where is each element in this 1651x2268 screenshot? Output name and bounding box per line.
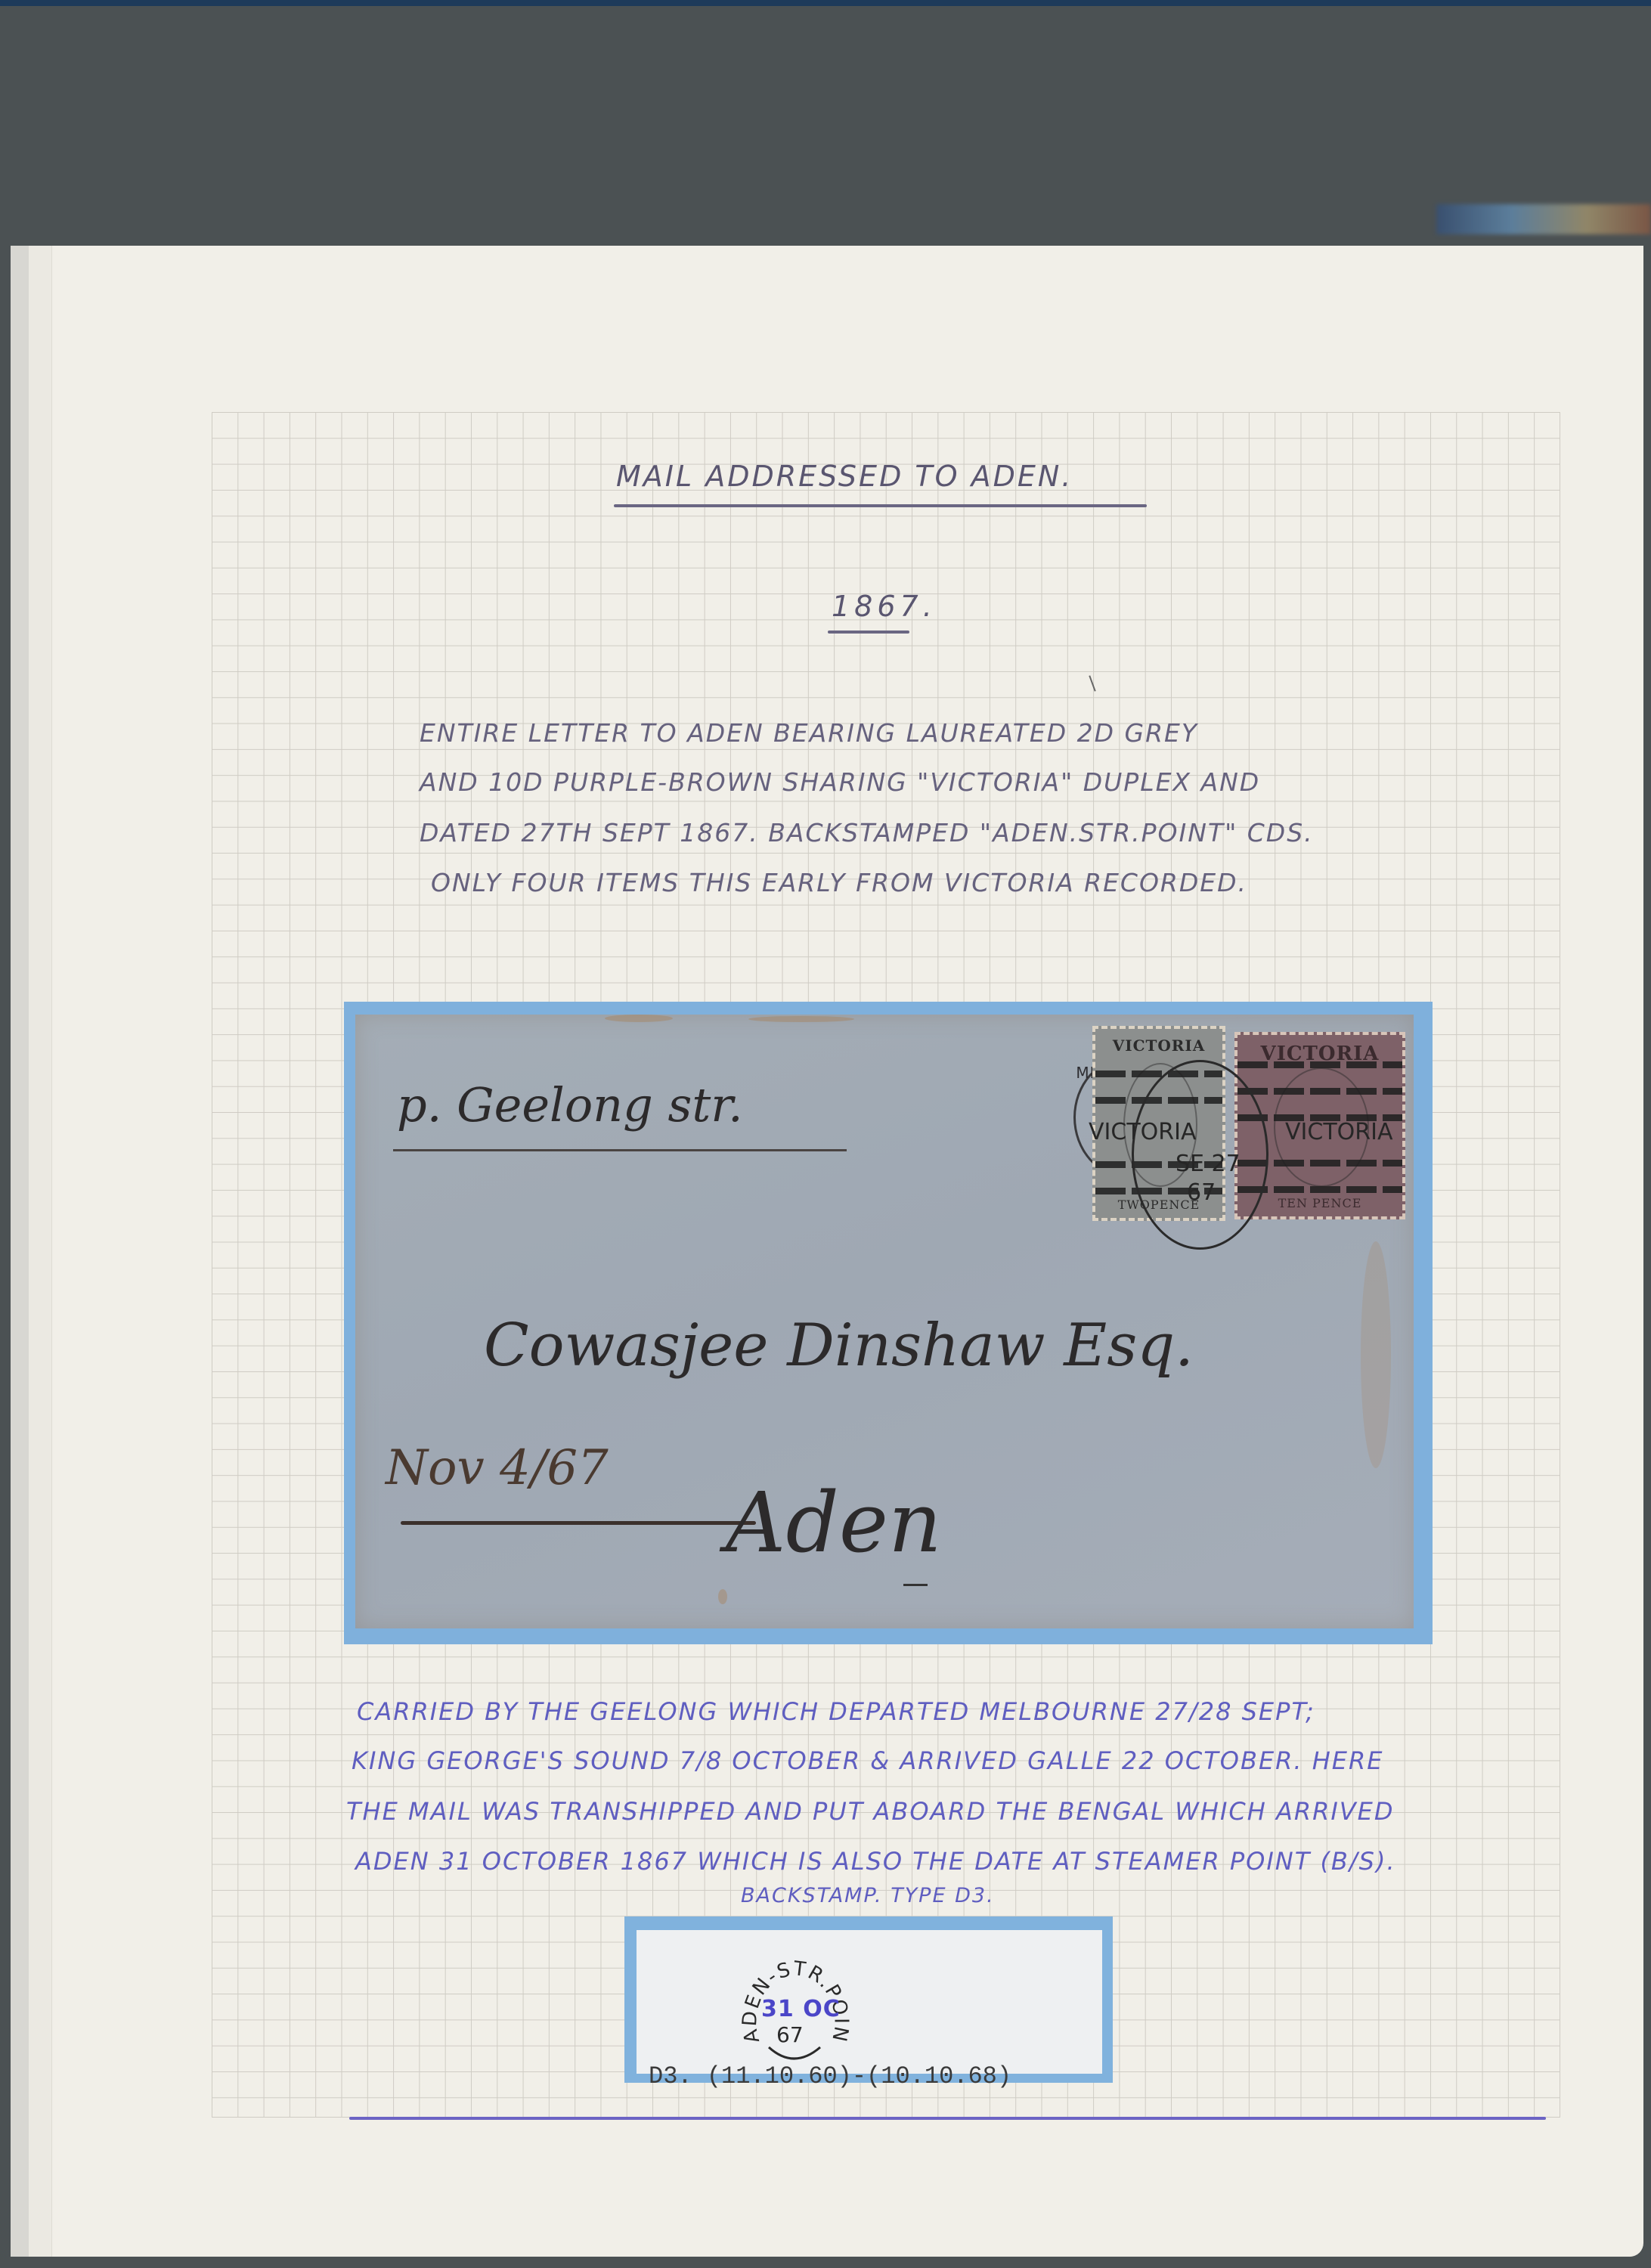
description-line: DATED 27TH SEPT 1867. BACKSTAMPED "ADEN.… <box>420 818 1314 847</box>
addressee: Cowasjee Dinshaw Esq. <box>484 1312 1194 1380</box>
year-underline <box>828 631 909 634</box>
cancel-bars <box>1237 1088 1402 1095</box>
backstamp-type-label: BACKSTAMP. TYPE D3. <box>741 1884 995 1907</box>
description-line: AND 10D PURPLE-BROWN SHARING "VICTORIA" … <box>420 767 1260 797</box>
backstamp-card <box>637 1930 1102 2074</box>
receipt-note: Nov 4/67 <box>386 1440 609 1496</box>
duplex-date: SE 27 <box>1176 1151 1241 1177</box>
backstamp-year: 67 <box>776 2022 804 2047</box>
duplex-year: 67 <box>1187 1179 1216 1206</box>
title-underline <box>614 504 1147 507</box>
cancel-bars <box>1237 1061 1402 1068</box>
aden-backstamp: ADEN-STR.POINT 31 OC 67 <box>737 1950 858 2071</box>
route-note-line: ADEN 31 OCTOBER 1867 WHICH IS ALSO THE D… <box>355 1847 1396 1876</box>
foxing-spot <box>718 1589 727 1604</box>
description-line: ENTIRE LETTER TO ADEN BEARING LAUREATED … <box>420 718 1198 748</box>
destination: Aden <box>726 1474 942 1571</box>
description-line: ONLY FOUR ITEMS THIS EARLY FROM VICTORIA… <box>431 868 1247 897</box>
routing-note: p. Geelong str. <box>397 1077 743 1132</box>
route-note-line: KING GEORGE'S SOUND 7/8 OCTOBER & ARRIVE… <box>352 1746 1383 1775</box>
foxing-spot <box>605 1015 673 1022</box>
binding-hinge <box>29 246 52 2257</box>
routing-underline <box>393 1149 847 1151</box>
stamp-country: VICTORIA <box>1095 1036 1222 1055</box>
destination-dash <box>903 1584 928 1586</box>
foxing-spot <box>1361 1241 1391 1468</box>
page-bottom-rule <box>349 2117 1546 2120</box>
page-year: 1867. <box>832 590 937 623</box>
page-title: MAIL ADDRESSED TO ADEN. <box>616 460 1073 493</box>
scan-top-edge <box>0 0 1651 6</box>
receipt-underline <box>401 1521 756 1525</box>
duplex-name: VICTORIA <box>1089 1119 1196 1145</box>
type-date-range: D3. (11.10.60)-(10.10.68) <box>649 2062 1011 2090</box>
duplex-name-2: VICTORIA <box>1285 1119 1392 1145</box>
foxing-spot <box>748 1016 854 1022</box>
protector-sheen <box>1436 204 1651 234</box>
backstamp-date: 31 OC <box>761 1996 841 2022</box>
route-note-line: CARRIED BY THE GEELONG WHICH DEPARTED ME… <box>357 1697 1315 1726</box>
route-note-line: THE MAIL WAS TRANSHIPPED AND PUT ABOARD … <box>346 1797 1395 1826</box>
binding-strip <box>11 246 29 2257</box>
stamp-value: TEN PENCE <box>1237 1196 1402 1210</box>
